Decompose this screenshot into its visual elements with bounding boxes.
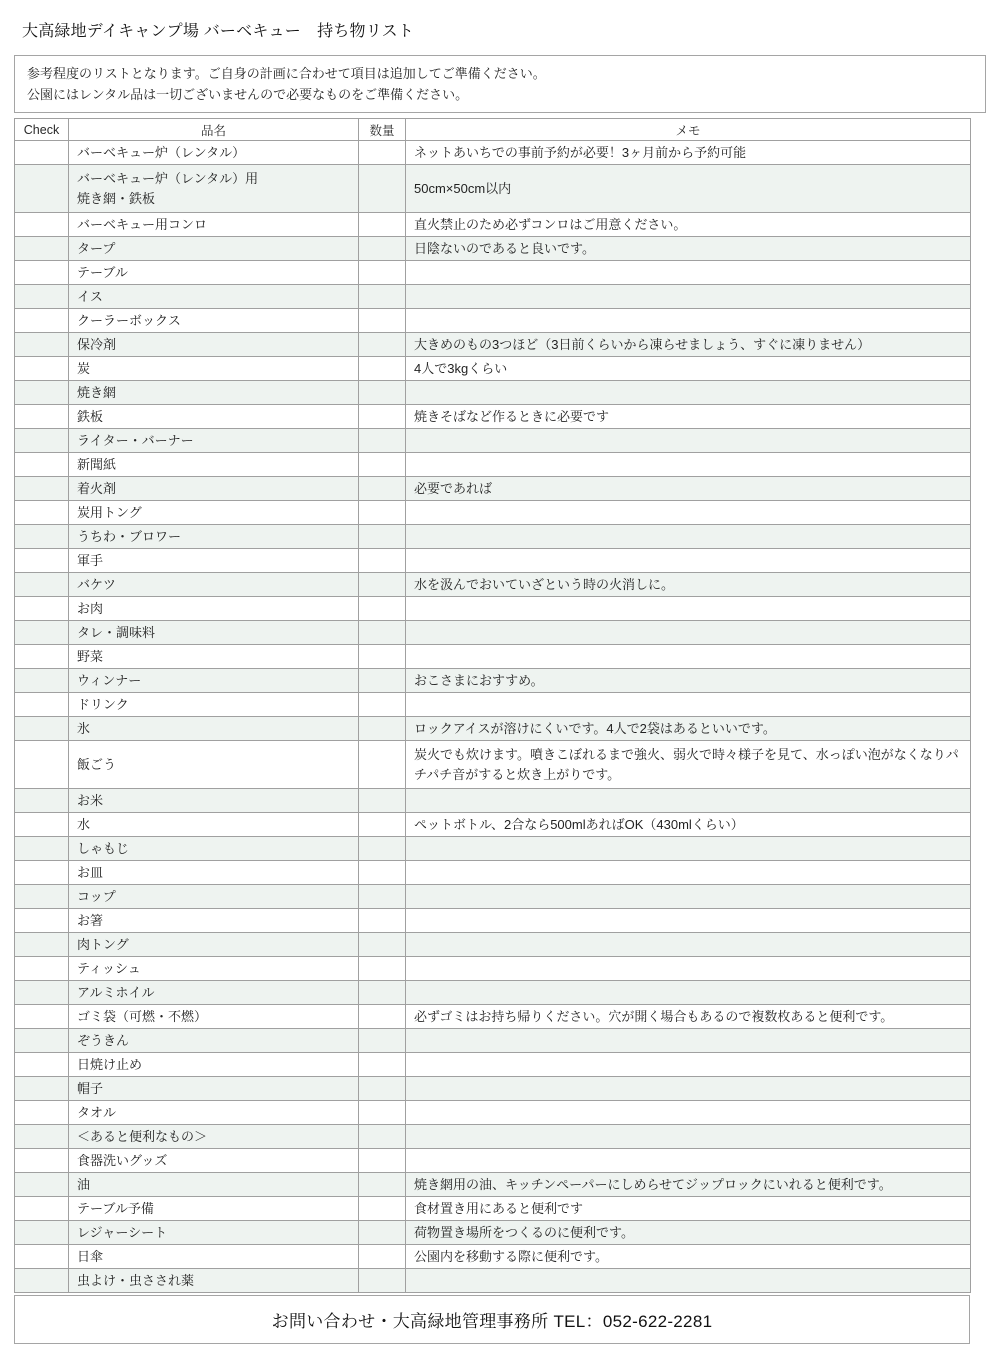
quantity-cell xyxy=(359,261,406,285)
header-quantity: 数量 xyxy=(359,119,406,141)
table-row: バーベキュー炉（レンタル）ネットあいちでの事前予約が必要！3ヶ月前から予約可能 xyxy=(15,141,971,165)
table-row: タレ・調味料 xyxy=(15,621,971,645)
memo-cell xyxy=(406,861,971,885)
notice-box: 参考程度のリストとなります。ご自身の計画に合わせて項目は追加してご準備ください。… xyxy=(14,55,986,113)
quantity-cell xyxy=(359,741,406,789)
table-row: レジャーシート荷物置き場所をつくるのに便利です。 xyxy=(15,1221,971,1245)
memo-cell xyxy=(406,429,971,453)
memo-cell xyxy=(406,453,971,477)
table-row: タオル xyxy=(15,1101,971,1125)
table-row: バーベキュー炉（レンタル）用 焼き網・鉄板50cm×50cm以内 xyxy=(15,165,971,213)
table-row: 帽子 xyxy=(15,1077,971,1101)
item-name: 油 xyxy=(69,1173,359,1197)
table-row: しゃもじ xyxy=(15,837,971,861)
item-name: ＜あると便利なもの＞ xyxy=(69,1125,359,1149)
check-cell xyxy=(15,1101,69,1125)
memo-cell: 直火禁止のため必ずコンロはご用意ください。 xyxy=(406,213,971,237)
item-name: バーベキュー用コンロ xyxy=(69,213,359,237)
check-cell xyxy=(15,549,69,573)
memo-cell xyxy=(406,309,971,333)
quantity-cell xyxy=(359,501,406,525)
memo-cell: ネットあいちでの事前予約が必要！3ヶ月前から予約可能 xyxy=(406,141,971,165)
memo-cell: 焼きそばなど作るときに必要です xyxy=(406,405,971,429)
item-name: 日焼け止め xyxy=(69,1053,359,1077)
check-cell xyxy=(15,957,69,981)
check-cell xyxy=(15,261,69,285)
memo-cell xyxy=(406,1077,971,1101)
table-row: 鉄板焼きそばなど作るときに必要です xyxy=(15,405,971,429)
check-cell xyxy=(15,693,69,717)
table-row: テーブル xyxy=(15,261,971,285)
table-row: バケツ水を汲んでおいていざという時の火消しに。 xyxy=(15,573,971,597)
quantity-cell xyxy=(359,1101,406,1125)
check-cell xyxy=(15,981,69,1005)
header-memo: メモ xyxy=(406,119,971,141)
item-name: アルミホイル xyxy=(69,981,359,1005)
quantity-cell xyxy=(359,213,406,237)
table-row: ゴミ袋（可燃・不燃）必ずゴミはお持ち帰りください。穴が開く場合もあるので複数枚あ… xyxy=(15,1005,971,1029)
check-cell xyxy=(15,573,69,597)
check-cell xyxy=(15,1221,69,1245)
memo-cell xyxy=(406,285,971,309)
check-cell xyxy=(15,477,69,501)
item-name: 焼き網 xyxy=(69,381,359,405)
item-name: 新聞紙 xyxy=(69,453,359,477)
table-row: うちわ・ブロワー xyxy=(15,525,971,549)
quantity-cell xyxy=(359,1245,406,1269)
memo-cell xyxy=(406,645,971,669)
table-row: お皿 xyxy=(15,861,971,885)
memo-cell xyxy=(406,909,971,933)
table-row: 軍手 xyxy=(15,549,971,573)
quantity-cell xyxy=(359,1149,406,1173)
quantity-cell xyxy=(359,885,406,909)
check-cell xyxy=(15,621,69,645)
memo-cell: 必要であれば xyxy=(406,477,971,501)
item-name: 軍手 xyxy=(69,549,359,573)
memo-cell: ペットボトル、2合なら500mlあればOK（430mlくらい） xyxy=(406,813,971,837)
table-row: ウィンナーおこさまにおすすめ。 xyxy=(15,669,971,693)
check-cell xyxy=(15,1029,69,1053)
table-row: 野菜 xyxy=(15,645,971,669)
item-name: 水 xyxy=(69,813,359,837)
check-cell xyxy=(15,1077,69,1101)
check-cell xyxy=(15,1245,69,1269)
memo-cell: 焼き網用の油、キッチンペーパーにしめらせてジップロックにいれると便利です。 xyxy=(406,1173,971,1197)
item-name: 氷 xyxy=(69,717,359,741)
table-row: タープ日陰ないのであると良いです。 xyxy=(15,237,971,261)
table-row: 油焼き網用の油、キッチンペーパーにしめらせてジップロックにいれると便利です。 xyxy=(15,1173,971,1197)
quantity-cell xyxy=(359,1197,406,1221)
check-cell xyxy=(15,933,69,957)
item-name: 保冷剤 xyxy=(69,333,359,357)
table-row: 飯ごう炭火でも炊けます。噴きこぼれるまで強火、弱火で時々様子を見て、水っぽい泡が… xyxy=(15,741,971,789)
quantity-cell xyxy=(359,285,406,309)
check-cell xyxy=(15,405,69,429)
quantity-cell xyxy=(359,405,406,429)
quantity-cell xyxy=(359,597,406,621)
table-row: 保冷剤大きめのもの3つほど（3日前くらいから凍らせましょう、すぐに凍りません） xyxy=(15,333,971,357)
memo-cell xyxy=(406,1269,971,1293)
quantity-cell xyxy=(359,837,406,861)
table-row: ＜あると便利なもの＞ xyxy=(15,1125,971,1149)
item-name: 炭用トング xyxy=(69,501,359,525)
memo-cell xyxy=(406,981,971,1005)
memo-cell: おこさまにおすすめ。 xyxy=(406,669,971,693)
check-cell xyxy=(15,1149,69,1173)
item-name: ぞうきん xyxy=(69,1029,359,1053)
quantity-cell xyxy=(359,165,406,213)
check-cell xyxy=(15,525,69,549)
check-cell xyxy=(15,789,69,813)
table-row: 新聞紙 xyxy=(15,453,971,477)
item-name: バーベキュー炉（レンタル）用 焼き網・鉄板 xyxy=(69,165,359,213)
table-row: ライター・バーナー xyxy=(15,429,971,453)
table-row: 肉トング xyxy=(15,933,971,957)
check-cell xyxy=(15,501,69,525)
item-name: タープ xyxy=(69,237,359,261)
table-row: 水ペットボトル、2合なら500mlあればOK（430mlくらい） xyxy=(15,813,971,837)
notice-line-1: 参考程度のリストとなります。ご自身の計画に合わせて項目は追加してご準備ください。 xyxy=(27,63,973,84)
table-row: 食器洗いグッズ xyxy=(15,1149,971,1173)
memo-cell xyxy=(406,597,971,621)
item-name: しゃもじ xyxy=(69,837,359,861)
quantity-cell xyxy=(359,1173,406,1197)
item-name: 肉トング xyxy=(69,933,359,957)
quantity-cell xyxy=(359,717,406,741)
item-name: お米 xyxy=(69,789,359,813)
table-row: ティッシュ xyxy=(15,957,971,981)
memo-cell: 水を汲んでおいていざという時の火消しに。 xyxy=(406,573,971,597)
table-row: 日焼け止め xyxy=(15,1053,971,1077)
table-row: クーラーボックス xyxy=(15,309,971,333)
quantity-cell xyxy=(359,645,406,669)
quantity-cell xyxy=(359,333,406,357)
memo-cell xyxy=(406,1029,971,1053)
check-cell xyxy=(15,909,69,933)
item-name: ティッシュ xyxy=(69,957,359,981)
quantity-cell xyxy=(359,525,406,549)
check-cell xyxy=(15,1125,69,1149)
item-name: ドリンク xyxy=(69,693,359,717)
quantity-cell xyxy=(359,1077,406,1101)
item-name: タオル xyxy=(69,1101,359,1125)
notice-line-2: 公園にはレンタル品は一切ございませんので必要なものをご準備ください。 xyxy=(27,84,973,105)
contact-text: お問い合わせ・大高緑地管理事務所 TEL：052-622-2281 xyxy=(272,1307,713,1332)
check-cell xyxy=(15,837,69,861)
item-name: テーブル xyxy=(69,261,359,285)
quantity-cell xyxy=(359,909,406,933)
check-cell xyxy=(15,741,69,789)
check-cell xyxy=(15,885,69,909)
table-row: 虫よけ・虫さされ薬 xyxy=(15,1269,971,1293)
quantity-cell xyxy=(359,477,406,501)
quantity-cell xyxy=(359,1029,406,1053)
item-name: 鉄板 xyxy=(69,405,359,429)
quantity-cell xyxy=(359,861,406,885)
quantity-cell xyxy=(359,381,406,405)
memo-cell xyxy=(406,621,971,645)
memo-cell: 日陰ないのであると良いです。 xyxy=(406,237,971,261)
memo-cell: 荷物置き場所をつくるのに便利です。 xyxy=(406,1221,971,1245)
check-cell xyxy=(15,597,69,621)
check-cell xyxy=(15,285,69,309)
item-name: 野菜 xyxy=(69,645,359,669)
check-cell xyxy=(15,309,69,333)
quantity-cell xyxy=(359,669,406,693)
item-name: うちわ・ブロワー xyxy=(69,525,359,549)
quantity-cell xyxy=(359,237,406,261)
quantity-cell xyxy=(359,813,406,837)
item-name: 食器洗いグッズ xyxy=(69,1149,359,1173)
item-name: 帽子 xyxy=(69,1077,359,1101)
memo-cell: 炭火でも炊けます。噴きこぼれるまで強火、弱火で時々様子を見て、水っぽい泡がなくな… xyxy=(406,741,971,789)
check-cell xyxy=(15,429,69,453)
memo-cell xyxy=(406,933,971,957)
quantity-cell xyxy=(359,1221,406,1245)
quantity-cell xyxy=(359,429,406,453)
item-name: コップ xyxy=(69,885,359,909)
memo-cell: ロックアイスが溶けにくいです。4人で2袋はあるといいです。 xyxy=(406,717,971,741)
table-row: 日傘公園内を移動する際に便利です。 xyxy=(15,1245,971,1269)
quantity-cell xyxy=(359,693,406,717)
check-cell xyxy=(15,213,69,237)
check-cell xyxy=(15,141,69,165)
quantity-cell xyxy=(359,957,406,981)
item-name: テーブル予備 xyxy=(69,1197,359,1221)
table-row: 着火剤必要であれば xyxy=(15,477,971,501)
check-cell xyxy=(15,357,69,381)
check-cell xyxy=(15,717,69,741)
quantity-cell xyxy=(359,357,406,381)
page-title: 大高緑地デイキャンプ場 バーベキュー 持ち物リスト xyxy=(22,22,986,42)
item-name: バーベキュー炉（レンタル） xyxy=(69,141,359,165)
header-check: Check xyxy=(15,119,69,141)
quantity-cell xyxy=(359,789,406,813)
table-row: お米 xyxy=(15,789,971,813)
memo-cell: 大きめのもの3つほど（3日前くらいから凍らせましょう、すぐに凍りません） xyxy=(406,333,971,357)
check-cell xyxy=(15,1173,69,1197)
contact-footer: お問い合わせ・大高緑地管理事務所 TEL：052-622-2281 xyxy=(14,1295,970,1344)
table-row: ぞうきん xyxy=(15,1029,971,1053)
memo-cell: 公園内を移動する際に便利です。 xyxy=(406,1245,971,1269)
quantity-cell xyxy=(359,933,406,957)
table-row: ドリンク xyxy=(15,693,971,717)
quantity-cell xyxy=(359,453,406,477)
check-cell xyxy=(15,645,69,669)
table-row: お箸 xyxy=(15,909,971,933)
memo-cell xyxy=(406,957,971,981)
check-cell xyxy=(15,669,69,693)
item-name: イス xyxy=(69,285,359,309)
memo-cell xyxy=(406,789,971,813)
memo-cell: 4人で3kgくらい xyxy=(406,357,971,381)
item-name: お肉 xyxy=(69,597,359,621)
memo-cell xyxy=(406,693,971,717)
item-name: お皿 xyxy=(69,861,359,885)
check-cell xyxy=(15,861,69,885)
item-name: お箸 xyxy=(69,909,359,933)
item-name: 炭 xyxy=(69,357,359,381)
item-name: バケツ xyxy=(69,573,359,597)
item-name: ウィンナー xyxy=(69,669,359,693)
header-item-name: 品名 xyxy=(69,119,359,141)
quantity-cell xyxy=(359,549,406,573)
quantity-cell xyxy=(359,573,406,597)
table-row: 炭4人で3kgくらい xyxy=(15,357,971,381)
memo-cell xyxy=(406,1125,971,1149)
table-row: テーブル予備食材置き用にあると便利です xyxy=(15,1197,971,1221)
table-row: 氷ロックアイスが溶けにくいです。4人で2袋はあるといいです。 xyxy=(15,717,971,741)
memo-cell: 食材置き用にあると便利です xyxy=(406,1197,971,1221)
memo-cell xyxy=(406,501,971,525)
item-name: 飯ごう xyxy=(69,741,359,789)
memo-cell xyxy=(406,525,971,549)
quantity-cell xyxy=(359,1005,406,1029)
check-cell xyxy=(15,381,69,405)
item-name: ゴミ袋（可燃・不燃） xyxy=(69,1005,359,1029)
check-cell xyxy=(15,237,69,261)
quantity-cell xyxy=(359,141,406,165)
memo-cell: 50cm×50cm以内 xyxy=(406,165,971,213)
memo-cell xyxy=(406,381,971,405)
memo-cell xyxy=(406,261,971,285)
table-body: バーベキュー炉（レンタル）ネットあいちでの事前予約が必要！3ヶ月前から予約可能バ… xyxy=(15,141,971,1293)
table-row: アルミホイル xyxy=(15,981,971,1005)
item-name: レジャーシート xyxy=(69,1221,359,1245)
quantity-cell xyxy=(359,1053,406,1077)
table-row: イス xyxy=(15,285,971,309)
check-cell xyxy=(15,165,69,213)
quantity-cell xyxy=(359,981,406,1005)
check-cell xyxy=(15,333,69,357)
check-cell xyxy=(15,813,69,837)
memo-cell xyxy=(406,549,971,573)
quantity-cell xyxy=(359,309,406,333)
table-row: 炭用トング xyxy=(15,501,971,525)
item-name: クーラーボックス xyxy=(69,309,359,333)
quantity-cell xyxy=(359,621,406,645)
item-name: タレ・調味料 xyxy=(69,621,359,645)
memo-cell xyxy=(406,1053,971,1077)
quantity-cell xyxy=(359,1269,406,1293)
check-cell xyxy=(15,1269,69,1293)
table-row: お肉 xyxy=(15,597,971,621)
table-row: バーベキュー用コンロ直火禁止のため必ずコンロはご用意ください。 xyxy=(15,213,971,237)
table-header-row: Check 品名 数量 メモ xyxy=(15,119,971,141)
check-cell xyxy=(15,1005,69,1029)
quantity-cell xyxy=(359,1125,406,1149)
check-cell xyxy=(15,1197,69,1221)
memo-cell xyxy=(406,1101,971,1125)
packing-list-table: Check 品名 数量 メモ バーベキュー炉（レンタル）ネットあいちでの事前予約… xyxy=(14,118,971,1293)
item-name: ライター・バーナー xyxy=(69,429,359,453)
table-row: コップ xyxy=(15,885,971,909)
memo-cell xyxy=(406,1149,971,1173)
memo-cell xyxy=(406,837,971,861)
check-cell xyxy=(15,1053,69,1077)
memo-cell xyxy=(406,885,971,909)
table-row: 焼き網 xyxy=(15,381,971,405)
memo-cell: 必ずゴミはお持ち帰りください。穴が開く場合もあるので複数枚あると便利です。 xyxy=(406,1005,971,1029)
check-cell xyxy=(15,453,69,477)
item-name: 日傘 xyxy=(69,1245,359,1269)
item-name: 虫よけ・虫さされ薬 xyxy=(69,1269,359,1293)
item-name: 着火剤 xyxy=(69,477,359,501)
